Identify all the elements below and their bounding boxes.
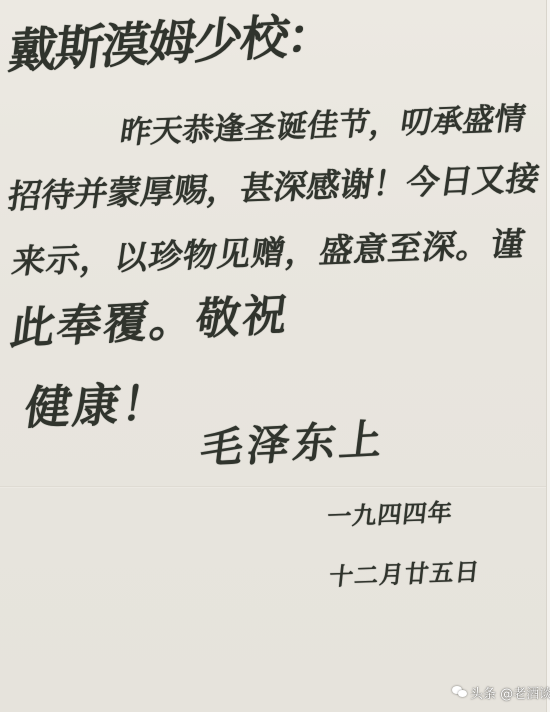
paper-right-edge — [546, 0, 550, 712]
letter-salutation: 戴斯漠姆少校： — [6, 11, 336, 76]
wechat-icon — [452, 686, 468, 699]
letter-closing: 健康！ — [22, 380, 173, 431]
letter-body-line-3: 来示，以珍物见赠，盛意至深。谨 — [10, 227, 527, 278]
letter-date-year: 一九四四年 — [326, 501, 454, 529]
watermark-text: 头条 @老酒谈史 — [470, 683, 550, 702]
letter-body-line-2: 招待并蒙厚赐，甚深感谢！今日又接 — [6, 162, 542, 213]
letter-body-line-1: 昨天恭逢圣诞佳节，叨承盛情 — [118, 104, 528, 149]
paper-fold-line — [0, 486, 550, 488]
letter-date-day: 十二月廿五日 — [328, 560, 481, 589]
letter-paper: 戴斯漠姆少校： 昨天恭逢圣诞佳节，叨承盛情 招待并蒙厚赐，甚深感谢！今日又接 来… — [0, 0, 550, 712]
letter-body-line-4: 此奉覆。敬祝 — [8, 294, 292, 352]
source-watermark: 头条 @老酒谈史 — [452, 683, 550, 702]
letter-signature: 毛泽东上 — [198, 418, 389, 470]
